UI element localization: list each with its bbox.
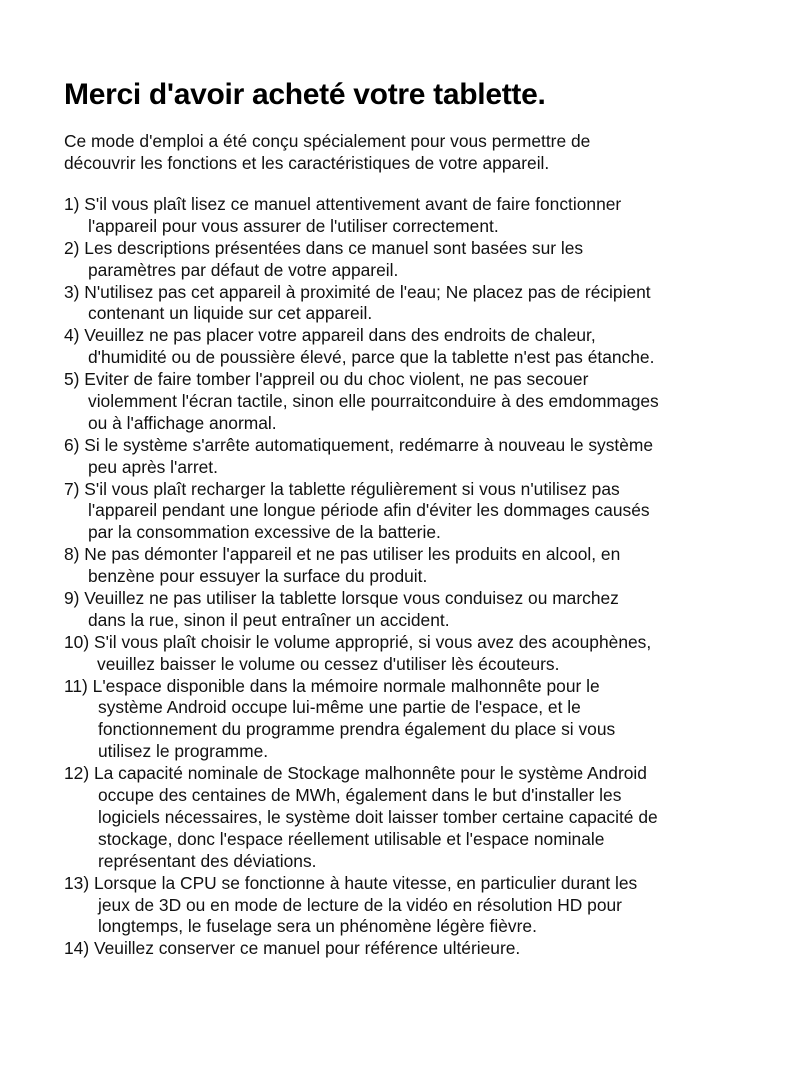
list-item-1: 1) S'il vous plaît lisez ce manuel atten… [64, 194, 764, 238]
item-line: 10) S'il vous plaît choisir le volume ap… [64, 632, 764, 654]
item-line: 4) Veuillez ne pas placer votre appareil… [64, 325, 764, 347]
item-line: 3) N'utilisez pas cet appareil à proximi… [64, 282, 764, 304]
page-title: Merci d'avoir acheté votre tablette. [64, 78, 546, 112]
item-line: 12) La capacité nominale de Stockage mal… [64, 763, 764, 785]
item-line: benzène pour essuyer la surface du produ… [64, 566, 764, 588]
list-item-9: 9) Veuillez ne pas utiliser la tablette … [64, 588, 764, 632]
list-item-4: 4) Veuillez ne pas placer votre appareil… [64, 325, 764, 369]
item-line: 1) S'il vous plaît lisez ce manuel atten… [64, 194, 764, 216]
item-line: 2) Les descriptions présentées dans ce m… [64, 238, 764, 260]
item-line: stockage, donc l'espace réellement utili… [64, 829, 764, 851]
list-item-6: 6) Si le système s'arrête automatiquemen… [64, 435, 764, 479]
item-line: longtemps, le fuselage sera un phénomène… [64, 916, 764, 938]
item-line: l'appareil pendant une longue période af… [64, 500, 764, 522]
item-line: violemment l'écran tactile, sinon elle p… [64, 391, 764, 413]
item-line: par la consommation excessive de la batt… [64, 522, 764, 544]
item-line: fonctionnement du programme prendra égal… [64, 719, 764, 741]
item-line: 5) Eviter de faire tomber l'appreil ou d… [64, 369, 764, 391]
list-item-3: 3) N'utilisez pas cet appareil à proximi… [64, 282, 764, 326]
item-line: 9) Veuillez ne pas utiliser la tablette … [64, 588, 764, 610]
item-line: occupe des centaines de MWh, également d… [64, 785, 764, 807]
item-line: 13) Lorsque la CPU se fonctionne à haute… [64, 873, 764, 895]
item-line: logiciels nécessaires, le système doit l… [64, 807, 764, 829]
item-line: dans la rue, sinon il peut entraîner un … [64, 610, 764, 632]
intro-paragraph: Ce mode d'emploi a été conçu spécialemen… [64, 130, 590, 174]
instruction-list: 1) S'il vous plaît lisez ce manuel atten… [64, 194, 764, 960]
list-item-5: 5) Eviter de faire tomber l'appreil ou d… [64, 369, 764, 435]
list-item-7: 7) S'il vous plaît recharger la tablette… [64, 479, 764, 545]
item-line: ou à l'affichage anormal. [64, 413, 764, 435]
item-line: peu après l'arret. [64, 457, 764, 479]
item-line: paramètres par défaut de votre appareil. [64, 260, 764, 282]
item-line: système Android occupe lui-même une part… [64, 697, 764, 719]
item-line: 7) S'il vous plaît recharger la tablette… [64, 479, 764, 501]
item-line: veuillez baisser le volume ou cessez d'u… [64, 654, 764, 676]
item-line: jeux de 3D ou en mode de lecture de la v… [64, 895, 764, 917]
intro-line: découvrir les fonctions et les caractéri… [64, 152, 590, 174]
item-line: 8) Ne pas démonter l'appareil et ne pas … [64, 544, 764, 566]
list-item-11: 11) L'espace disponible dans la mémoire … [64, 676, 764, 764]
item-line: 6) Si le système s'arrête automatiquemen… [64, 435, 764, 457]
list-item-2: 2) Les descriptions présentées dans ce m… [64, 238, 764, 282]
item-line: utilisez le programme. [64, 741, 764, 763]
list-item-14: 14) Veuillez conserver ce manuel pour ré… [64, 938, 764, 960]
item-line: représentant des déviations. [64, 851, 764, 873]
list-item-12: 12) La capacité nominale de Stockage mal… [64, 763, 764, 872]
list-item-8: 8) Ne pas démonter l'appareil et ne pas … [64, 544, 764, 588]
item-line: 11) L'espace disponible dans la mémoire … [64, 676, 764, 698]
list-item-13: 13) Lorsque la CPU se fonctionne à haute… [64, 873, 764, 939]
item-line: 14) Veuillez conserver ce manuel pour ré… [64, 938, 764, 960]
item-line: d'humidité ou de poussière élevé, parce … [64, 347, 764, 369]
list-item-10: 10) S'il vous plaît choisir le volume ap… [64, 632, 764, 676]
item-line: contenant un liquide sur cet appareil. [64, 303, 764, 325]
item-line: l'appareil pour vous assurer de l'utilis… [64, 216, 764, 238]
intro-line: Ce mode d'emploi a été conçu spécialemen… [64, 130, 590, 152]
